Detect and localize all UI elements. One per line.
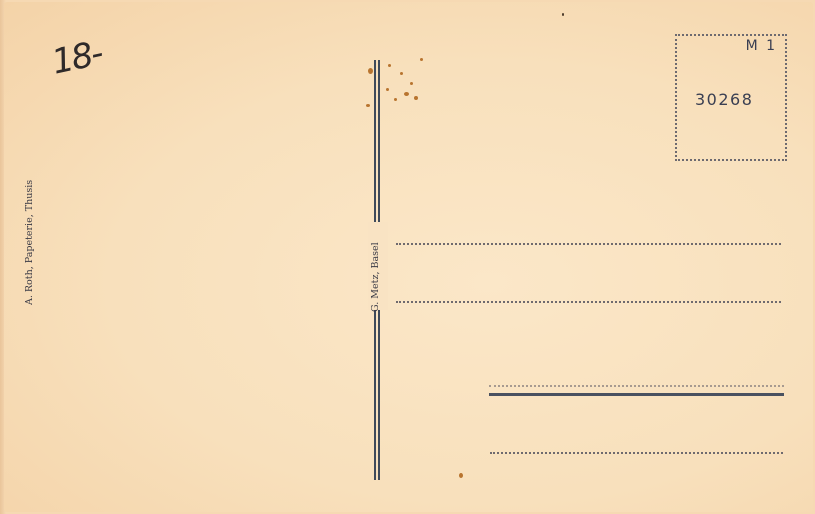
stamp-box: M 1 30268 bbox=[675, 34, 787, 161]
foxing-spot bbox=[394, 98, 397, 101]
foxing-spot bbox=[420, 58, 423, 61]
address-line-2 bbox=[396, 301, 781, 303]
foxing-spot bbox=[459, 473, 463, 478]
printer-imprint: G. Metz, Basel bbox=[370, 242, 381, 312]
address-line-3 bbox=[489, 385, 784, 387]
foxing-spot bbox=[388, 64, 391, 67]
foxing-spot bbox=[386, 88, 389, 91]
foxing-spot bbox=[400, 72, 403, 75]
stamp-code: M 1 bbox=[746, 38, 777, 54]
address-line-1 bbox=[396, 243, 781, 245]
foxing-spot bbox=[366, 104, 370, 107]
publisher-imprint: A. Roth, Papeterie, Thusis bbox=[24, 180, 35, 305]
foxing-spot bbox=[562, 13, 564, 16]
foxing-spot bbox=[414, 96, 418, 100]
foxing-spot bbox=[404, 92, 409, 96]
foxing-spot bbox=[410, 82, 413, 85]
address-underline bbox=[489, 393, 784, 396]
stamp-number: 30268 bbox=[695, 90, 753, 109]
foxing-spot bbox=[368, 68, 373, 74]
address-line-4 bbox=[490, 452, 783, 454]
